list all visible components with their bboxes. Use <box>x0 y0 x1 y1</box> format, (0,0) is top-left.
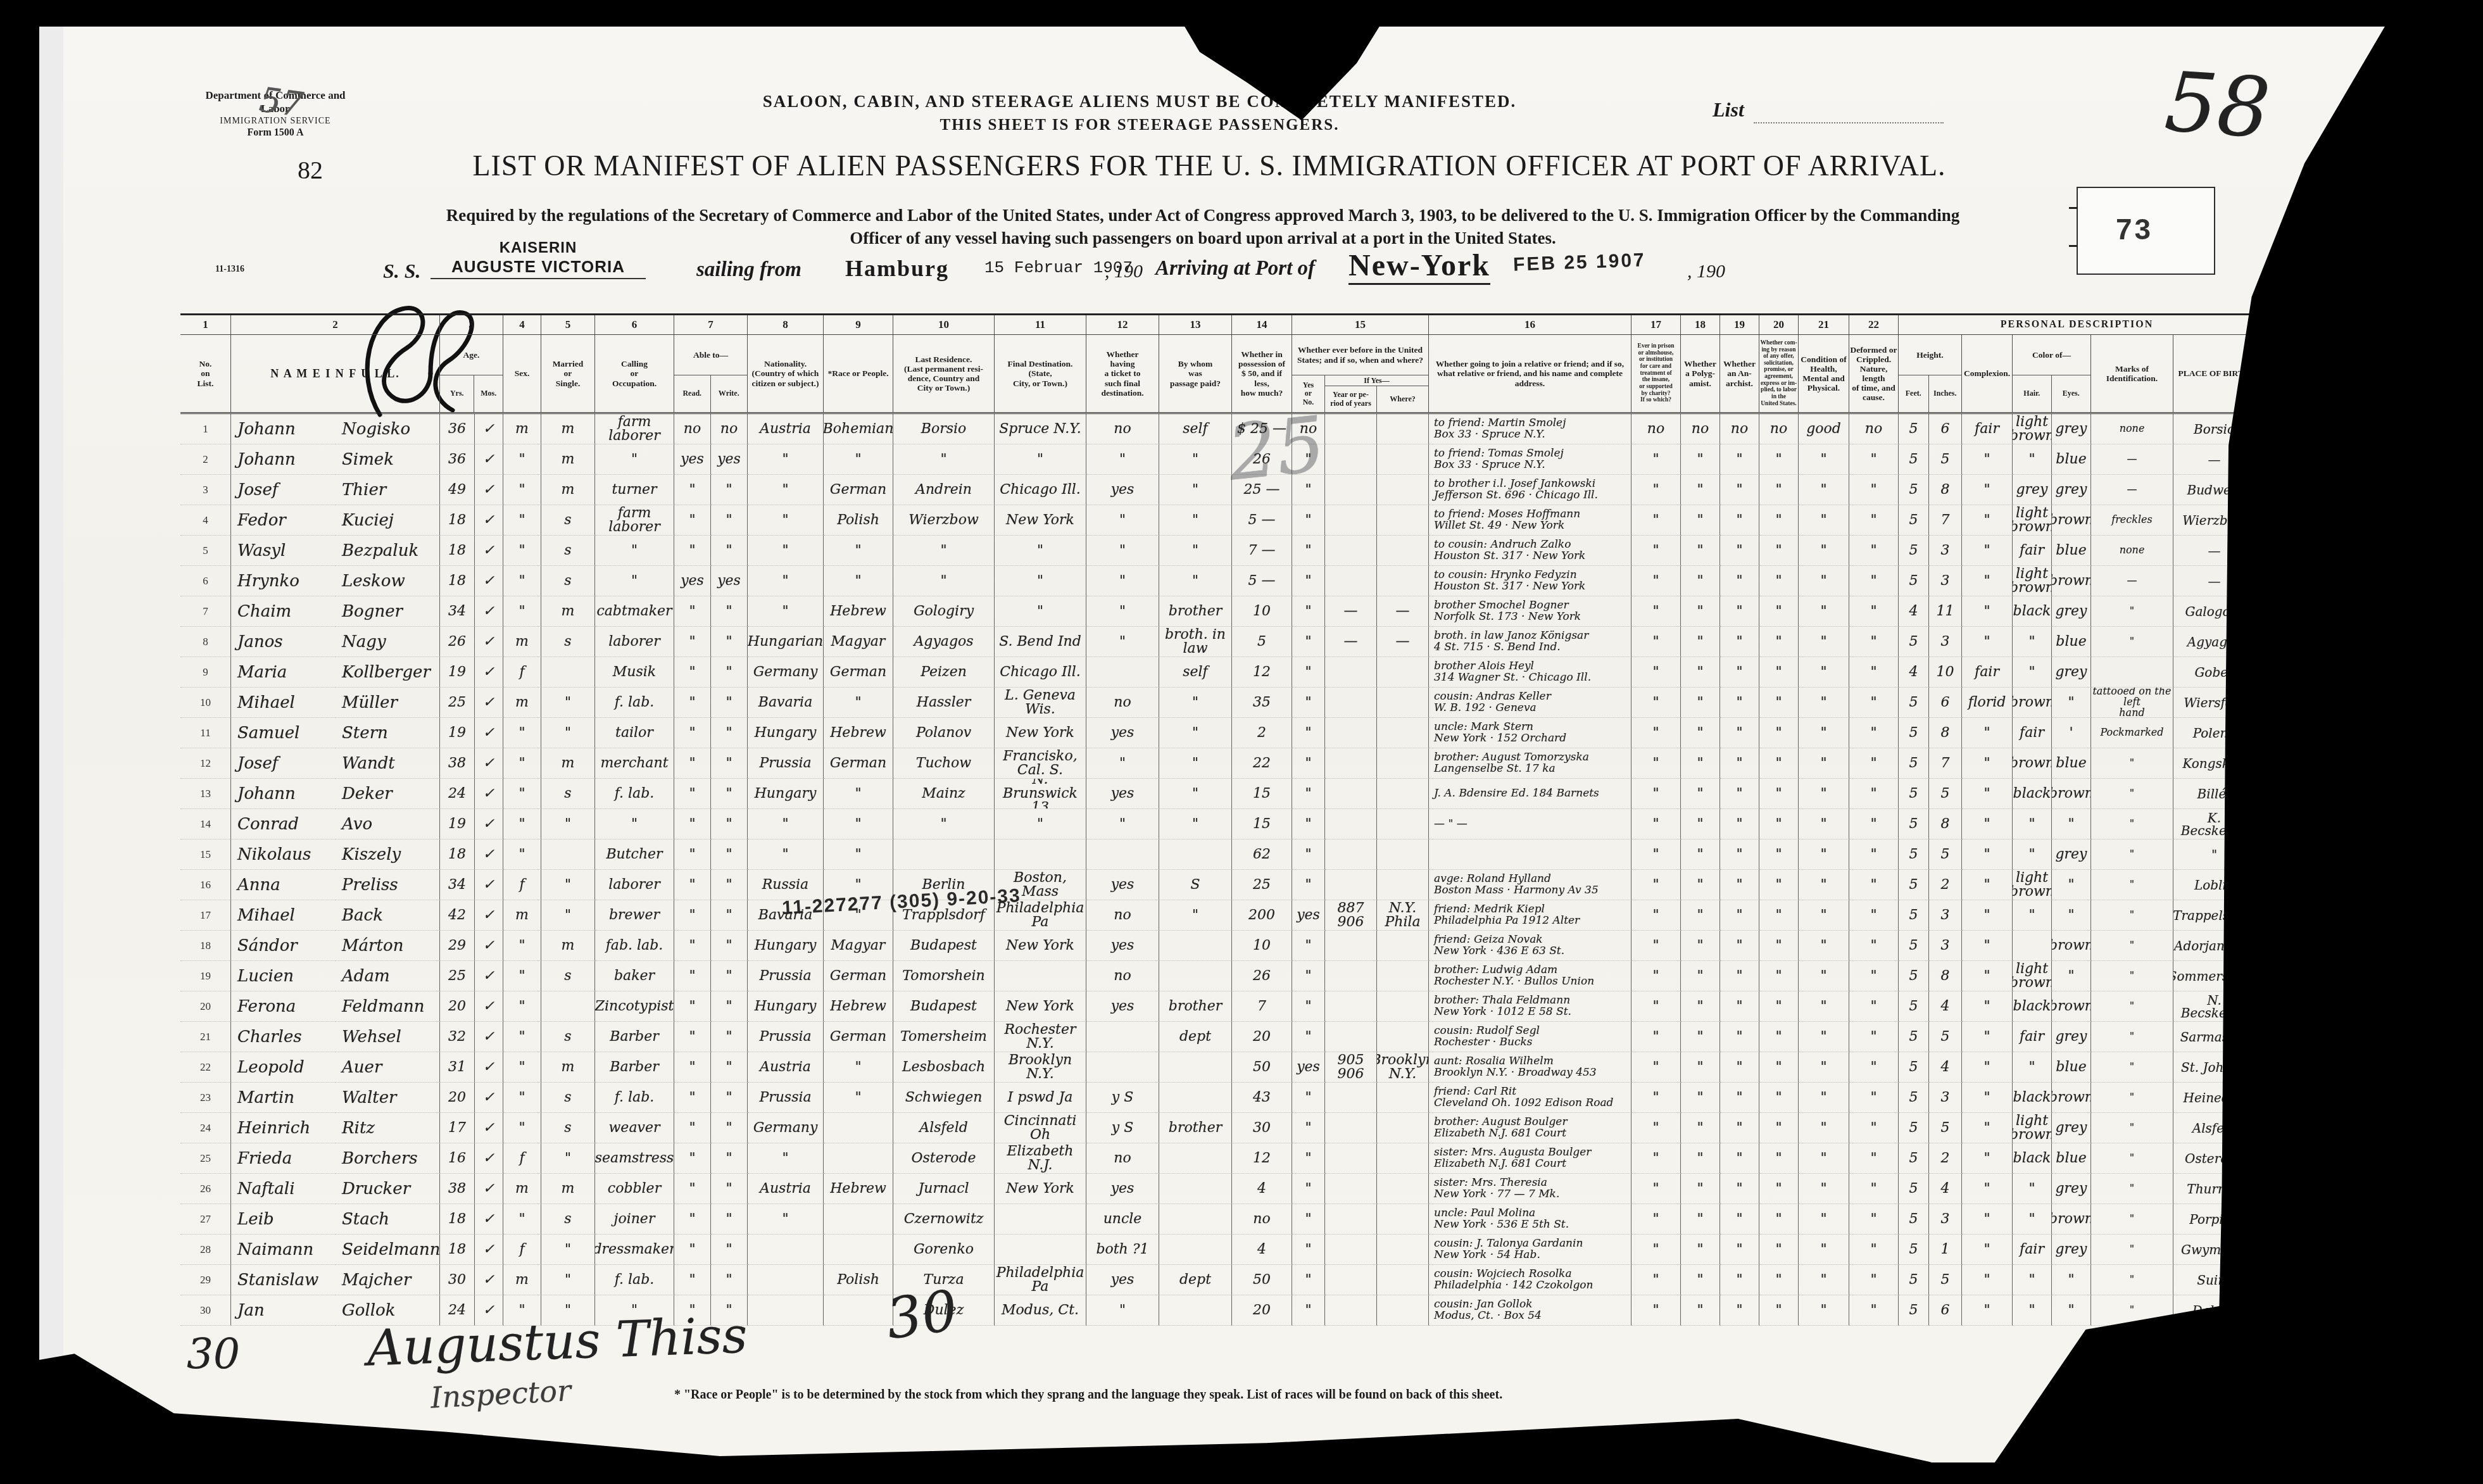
cell-r10-c29: 6 <box>1929 688 1962 718</box>
cell-r8-c5: ✓ <box>475 627 503 657</box>
cell-r3-c11: " <box>748 475 824 505</box>
cell-r16-c29: 2 <box>1929 870 1962 900</box>
cell-r25-c7: " <box>541 1143 595 1174</box>
manifest-document: Department of Commerce and Labor IMMIGRA… <box>63 25 2406 1462</box>
cell-r23-c7: s <box>541 1083 595 1113</box>
cell-r15-c7 <box>541 839 595 870</box>
cell-r3-c7: m <box>541 475 595 505</box>
cell-r18-c20 <box>1377 931 1429 961</box>
cell-r5-c27: " <box>1849 536 1899 566</box>
cell-r8-c32: blue <box>2052 627 2091 657</box>
cell-r5-c2: Wasyl <box>231 536 336 566</box>
manifest-scan: Department of Commerce and Labor IMMIGRA… <box>0 0 2483 1484</box>
column-number-1: 1 <box>180 315 231 334</box>
cell-r9-c6: f <box>503 657 541 688</box>
cell-r23-c29: 3 <box>1929 1083 1962 1113</box>
cell-r15-c8: Butcher <box>595 839 674 870</box>
cell-r25-c19 <box>1325 1143 1377 1174</box>
cell-r23-c26: " <box>1799 1083 1849 1113</box>
cell-r17-c28: 5 <box>1899 900 1929 931</box>
cell-r14-c27: " <box>1849 809 1899 839</box>
cell-r8-c23: " <box>1681 627 1720 657</box>
cell-r18-c18: " <box>1292 931 1325 961</box>
cell-r13-c17: 15 <box>1232 779 1292 809</box>
cell-r14-c24: " <box>1720 809 1759 839</box>
cell-r6-c14: " <box>995 566 1086 596</box>
cell-r1-c26: good <box>1799 414 1849 444</box>
cell-r18-c28: 5 <box>1899 931 1929 961</box>
cell-r15-c33: " <box>2091 839 2173 870</box>
cell-r26-c6: m <box>503 1174 541 1204</box>
cell-r19-c16 <box>1159 961 1232 991</box>
cell-r3-c32: grey <box>2052 475 2091 505</box>
cell-r19-c17: 26 <box>1232 961 1292 991</box>
cell-r15-c6: " <box>503 839 541 870</box>
cell-r6-c23: " <box>1681 566 1720 596</box>
cell-r1-c15: no <box>1086 414 1159 444</box>
cell-r21-c1: 21 <box>180 1022 231 1052</box>
cell-r2-c9: yes <box>674 444 711 475</box>
cell-r21-c30: " <box>1962 1022 2013 1052</box>
cell-r26-c3: Drucker <box>336 1174 440 1204</box>
cell-r25-c12 <box>824 1143 893 1174</box>
cell-r23-c17: 43 <box>1232 1083 1292 1113</box>
cell-r4-c22: " <box>1631 505 1681 536</box>
cell-r29-c20 <box>1377 1265 1429 1295</box>
cell-r29-c28: 5 <box>1899 1265 1929 1295</box>
cell-r20-c29: 4 <box>1929 991 1962 1022</box>
cell-r1-c1: 1 <box>180 414 231 444</box>
cell-r29-c1: 29 <box>180 1265 231 1295</box>
cell-r22-c32: blue <box>2052 1052 2091 1083</box>
cell-r8-c27: " <box>1849 627 1899 657</box>
table-row: 5WasylBezpaluk18✓"s"""""""""7 —"to cousi… <box>180 536 2284 566</box>
cell-r28-c14 <box>995 1235 1086 1265</box>
cell-r10-c28: 5 <box>1899 688 1929 718</box>
cell-r19-c29: 8 <box>1929 961 1962 991</box>
cell-r15-c16 <box>1159 839 1232 870</box>
cell-r5-c25: " <box>1759 536 1799 566</box>
cell-r5-c15: " <box>1086 536 1159 566</box>
cell-r23-c2: Martin <box>231 1083 336 1113</box>
cell-r21-c24: " <box>1720 1022 1759 1052</box>
cell-r6-c13: " <box>893 566 995 596</box>
cell-r26-c2: Naftali <box>231 1174 336 1204</box>
cell-r22-c18: yes <box>1292 1052 1325 1083</box>
cell-r21-c13: Tomersheim <box>893 1022 995 1052</box>
cell-r21-c29: 5 <box>1929 1022 1962 1052</box>
cell-r9-c3: Kollberger <box>336 657 440 688</box>
cell-r9-c29: 10 <box>1929 657 1962 688</box>
cell-r20-c5: ✓ <box>475 991 503 1022</box>
cell-r10-c11: Bavaria <box>748 688 824 718</box>
column-number-10: 10 <box>893 315 995 334</box>
cell-r23-c27: " <box>1849 1083 1899 1113</box>
cell-r21-c4: 32 <box>440 1022 475 1052</box>
cell-r27-c32: brown <box>2052 1204 2091 1235</box>
cell-r1-c18: no <box>1292 414 1325 444</box>
cell-r20-c28: 5 <box>1899 991 1929 1022</box>
column-header-22: Deformed or Crippled. Nature, length of … <box>1849 335 1899 412</box>
cell-r19-c24: " <box>1720 961 1759 991</box>
cell-r28-c18: " <box>1292 1235 1325 1265</box>
cell-r27-c2: Leib <box>231 1204 336 1235</box>
cell-r6-c31: light brown <box>2013 566 2052 596</box>
cell-r6-c25: " <box>1759 566 1799 596</box>
cell-r22-c12: " <box>824 1052 893 1083</box>
cell-r7-c29: 11 <box>1929 596 1962 627</box>
cell-r19-c10: " <box>711 961 748 991</box>
cell-r1-c19 <box>1325 414 1377 444</box>
cell-r27-c23: " <box>1681 1204 1720 1235</box>
cell-r5-c4: 18 <box>440 536 475 566</box>
cell-r9-c10: " <box>711 657 748 688</box>
cell-r9-c27: " <box>1849 657 1899 688</box>
cell-r16-c12: " <box>824 870 893 900</box>
cell-r11-c32: ' <box>2052 718 2091 748</box>
cell-r10-c17: 35 <box>1232 688 1292 718</box>
cell-r28-c30: " <box>1962 1235 2013 1265</box>
cell-r3-c22: " <box>1631 475 1681 505</box>
cell-r19-c13: Tomorshein <box>893 961 995 991</box>
cell-r4-c13: Wierzbow <box>893 505 995 536</box>
cell-r29-c15: yes <box>1086 1265 1159 1295</box>
cell-r6-c5: ✓ <box>475 566 503 596</box>
cell-r6-c30: " <box>1962 566 2013 596</box>
cell-r25-c30: " <box>1962 1143 2013 1174</box>
arriving-label: Arriving at Port of <box>1155 257 1315 280</box>
cell-r16-c32: " <box>2052 870 2091 900</box>
cell-r28-c22: " <box>1631 1235 1681 1265</box>
cell-r10-c22: " <box>1631 688 1681 718</box>
cell-r26-c20 <box>1377 1174 1429 1204</box>
cell-r23-c18: " <box>1292 1083 1325 1113</box>
cell-r20-c22: " <box>1631 991 1681 1022</box>
cell-r11-c7: " <box>541 718 595 748</box>
cell-r18-c21: friend: Geiza Novak New York · 436 E 63 … <box>1429 931 1631 961</box>
cell-r4-c21: to friend: Moses Hoffmann Willet St. 49 … <box>1429 505 1631 536</box>
cell-r22-c2: Leopold <box>231 1052 336 1083</box>
cell-r11-c4: 19 <box>440 718 475 748</box>
cell-r7-c21: brother Smochel Bogner Norfolk St. 173 ·… <box>1429 596 1631 627</box>
cell-r11-c28: 5 <box>1899 718 1929 748</box>
column-number-18: 18 <box>1681 315 1720 334</box>
cell-r13-c33: " <box>2091 779 2173 809</box>
cell-r23-c28: 5 <box>1899 1083 1929 1113</box>
cell-r23-c21: friend: Carl Rit Cleveland Oh. 1092 Edis… <box>1429 1083 1631 1113</box>
cell-r16-c19 <box>1325 870 1377 900</box>
cell-r9-c20 <box>1377 657 1429 688</box>
cell-r4-c18: " <box>1292 505 1325 536</box>
cell-r15-c21 <box>1429 839 1631 870</box>
cell-r17-c1: 17 <box>180 900 231 931</box>
cell-r27-c24: " <box>1720 1204 1759 1235</box>
cell-r11-c21: uncle: Mark Stern New York · 152 Orchard <box>1429 718 1631 748</box>
cell-r18-c19 <box>1325 931 1377 961</box>
cell-r5-c14: " <box>995 536 1086 566</box>
cell-r7-c17: 10 <box>1232 596 1292 627</box>
cell-r18-c15: yes <box>1086 931 1159 961</box>
cell-r23-c25: " <box>1759 1083 1799 1113</box>
cell-r26-c32: grey <box>2052 1174 2091 1204</box>
cell-r11-c26: " <box>1799 718 1849 748</box>
cell-r8-c4: 26 <box>440 627 475 657</box>
cell-r18-c4: 29 <box>440 931 475 961</box>
cell-r10-c31: brown <box>2013 688 2052 718</box>
cell-r2-c13: " <box>893 444 995 475</box>
cell-r14-c15: " <box>1086 809 1159 839</box>
cell-r29-c25: " <box>1759 1265 1799 1295</box>
cell-r13-c19 <box>1325 779 1377 809</box>
cell-r13-c7: s <box>541 779 595 809</box>
cell-r26-c9: " <box>674 1174 711 1204</box>
cell-r29-c33: " <box>2091 1265 2173 1295</box>
cell-r15-c19 <box>1325 839 1377 870</box>
cell-r24-c26: " <box>1799 1113 1849 1143</box>
cell-r4-c30: " <box>1962 505 2013 536</box>
cell-r23-c8: f. lab. <box>595 1083 674 1113</box>
cell-r29-c4: 30 <box>440 1265 475 1295</box>
cell-r15-c1: 15 <box>180 839 231 870</box>
cell-r27-c28: 5 <box>1899 1204 1929 1235</box>
cell-r9-c15 <box>1086 657 1159 688</box>
cell-r15-c14 <box>995 839 1086 870</box>
cell-r14-c23: " <box>1681 809 1720 839</box>
cell-r20-c9: " <box>674 991 711 1022</box>
cell-r27-c21: uncle: Paul Molina New York · 536 E 5th … <box>1429 1204 1631 1235</box>
cell-r22-c8: Barber <box>595 1052 674 1083</box>
cell-r30-c22: " <box>1631 1295 1681 1326</box>
cell-r6-c24: " <box>1720 566 1759 596</box>
cell-r30-c18: " <box>1292 1295 1325 1326</box>
cell-r30-c28: 5 <box>1899 1295 1929 1326</box>
cell-r5-c9: " <box>674 536 711 566</box>
cell-r18-c14: New York <box>995 931 1086 961</box>
cell-r26-c11: Austria <box>748 1174 824 1204</box>
cell-r14-c5: ✓ <box>475 809 503 839</box>
cell-r23-c3: Walter <box>336 1083 440 1113</box>
cell-r26-c26: " <box>1799 1174 1849 1204</box>
cell-r1-c5: ✓ <box>475 414 503 444</box>
sheet-stamp-number: 73 <box>2116 212 2153 246</box>
cell-r20-c25: " <box>1759 991 1799 1022</box>
cell-r26-c5: ✓ <box>475 1174 503 1204</box>
cell-r14-c32: " <box>2052 809 2091 839</box>
column-header-15: Whether ever before in the United States… <box>1292 335 1429 412</box>
cell-r3-c26: " <box>1799 475 1849 505</box>
column-header-9: *Race or People. <box>824 335 893 412</box>
cell-r22-c33: " <box>2091 1052 2173 1083</box>
cell-r15-c11: " <box>748 839 824 870</box>
cell-r17-c24: " <box>1720 900 1759 931</box>
cell-r21-c14: Rochester N.Y. <box>995 1022 1086 1052</box>
column-header-6: Calling or Occupation. <box>595 335 674 412</box>
cell-r7-c23: " <box>1681 596 1720 627</box>
cell-r12-c25: " <box>1759 748 1799 779</box>
cell-r3-c27: " <box>1849 475 1899 505</box>
cell-r20-c31: black <box>2013 991 2052 1022</box>
column-header-pd24: Color of—Hair.Eyes. <box>2013 335 2091 412</box>
cell-r2-c30: " <box>1962 444 2013 475</box>
cell-r29-c29: 5 <box>1929 1265 1962 1295</box>
cell-r29-c26: " <box>1799 1265 1849 1295</box>
cell-r4-c7: s <box>541 505 595 536</box>
cell-r5-c33: none <box>2091 536 2173 566</box>
cell-r30-c12 <box>824 1295 893 1326</box>
cell-r23-c11: Prussia <box>748 1083 824 1113</box>
cell-r8-c24: " <box>1720 627 1759 657</box>
cell-r6-c21: to cousin: Hrynko Fedyzin Houston St. 31… <box>1429 566 1631 596</box>
cell-r22-c26: " <box>1799 1052 1849 1083</box>
cell-r12-c6: " <box>503 748 541 779</box>
cell-r27-c17: no <box>1232 1204 1292 1235</box>
cell-r15-c15 <box>1086 839 1159 870</box>
cell-r3-c12: German <box>824 475 893 505</box>
cell-r10-c14: L. Geneva Wis. <box>995 688 1086 718</box>
cell-r3-c16: " <box>1159 475 1232 505</box>
cell-r16-c14: Boston, Mass <box>995 870 1086 900</box>
cell-r10-c7: " <box>541 688 595 718</box>
cell-r20-c7 <box>541 991 595 1022</box>
cell-r15-c25: " <box>1759 839 1799 870</box>
cell-r10-c24: " <box>1720 688 1759 718</box>
cell-r6-c29: 3 <box>1929 566 1962 596</box>
cell-r6-c20 <box>1377 566 1429 596</box>
cell-r12-c16: " <box>1159 748 1232 779</box>
cell-r19-c32: " <box>2052 961 2091 991</box>
cell-r25-c10: " <box>711 1143 748 1174</box>
cell-r3-c17: 25 — <box>1232 475 1292 505</box>
cell-r29-c32: " <box>2052 1265 2091 1295</box>
cell-r22-c9: " <box>674 1052 711 1083</box>
cell-r12-c8: merchant <box>595 748 674 779</box>
cell-r6-c28: 5 <box>1899 566 1929 596</box>
cell-r23-c12: " <box>824 1083 893 1113</box>
cell-r5-c3: Bezpaluk <box>336 536 440 566</box>
cell-r9-c30: fair <box>1962 657 2013 688</box>
column-number-21: 21 <box>1799 315 1849 334</box>
cell-r18-c9: " <box>674 931 711 961</box>
cell-r14-c19 <box>1325 809 1377 839</box>
cell-r23-c9: " <box>674 1083 711 1113</box>
cell-r3-c21: to brother i.l. Josef Jankowski Jefferso… <box>1429 475 1631 505</box>
cell-r27-c11: " <box>748 1204 824 1235</box>
cell-r10-c25: " <box>1759 688 1799 718</box>
cell-r5-c29: 3 <box>1929 536 1962 566</box>
cell-r11-c25: " <box>1759 718 1799 748</box>
cell-r25-c1: 25 <box>180 1143 231 1174</box>
cell-r14-c26: " <box>1799 809 1849 839</box>
cell-r14-c2: Conrad <box>231 809 336 839</box>
cell-r20-c20 <box>1377 991 1429 1022</box>
cell-r25-c31: black <box>2013 1143 2052 1174</box>
cell-r6-c32: brown <box>2052 566 2091 596</box>
form-small-number: 11-1316 <box>215 265 244 275</box>
cell-r16-c27: " <box>1849 870 1899 900</box>
cell-r22-c19: 905 906 <box>1325 1052 1377 1083</box>
cell-r20-c6: " <box>503 991 541 1022</box>
cell-r11-c13: Polanov <box>893 718 995 748</box>
cell-r4-c27: " <box>1849 505 1899 536</box>
cell-r23-c16 <box>1159 1083 1232 1113</box>
table-row: 3JosefThier49✓"mturner"""GermanAndreinCh… <box>180 475 2284 505</box>
blank-190-b: , 190 <box>1687 261 1725 282</box>
cell-r1-c30: fair <box>1962 414 2013 444</box>
cell-r23-c20 <box>1377 1083 1429 1113</box>
cell-r27-c6: " <box>503 1204 541 1235</box>
cell-r18-c24: " <box>1720 931 1759 961</box>
cell-r17-c21: friend: Medrik Kiepl Philadelphia Pa 191… <box>1429 900 1631 931</box>
cell-r21-c27: " <box>1849 1022 1899 1052</box>
cell-r5-c23: " <box>1681 536 1720 566</box>
cell-r28-c2: Naimann <box>231 1235 336 1265</box>
cell-r5-c6: " <box>503 536 541 566</box>
cell-r3-c29: 8 <box>1929 475 1962 505</box>
column-header-14: Whether in possession of $ 50, and if le… <box>1232 335 1292 412</box>
cell-r2-c22: " <box>1631 444 1681 475</box>
cell-r25-c32: blue <box>2052 1143 2091 1174</box>
cell-r23-c4: 20 <box>440 1083 475 1113</box>
cell-r11-c14: New York <box>995 718 1086 748</box>
cell-r21-c10: " <box>711 1022 748 1052</box>
cell-r13-c24: " <box>1720 779 1759 809</box>
cell-r18-c5: ✓ <box>475 931 503 961</box>
cell-r15-c26: " <box>1799 839 1849 870</box>
cell-r1-c13: Borsio <box>893 414 995 444</box>
cell-r4-c23: " <box>1681 505 1720 536</box>
cell-r26-c15: yes <box>1086 1174 1159 1204</box>
cell-r18-c10: " <box>711 931 748 961</box>
cell-r25-c22: " <box>1631 1143 1681 1174</box>
cell-r8-c22: " <box>1631 627 1681 657</box>
cell-r7-c1: 7 <box>180 596 231 627</box>
cell-r17-c17: 200 <box>1232 900 1292 931</box>
cell-r3-c24: " <box>1720 475 1759 505</box>
cell-r21-c23: " <box>1681 1022 1720 1052</box>
cell-r20-c21: brother: Thala Feldmann New York · 1012 … <box>1429 991 1631 1022</box>
cell-r20-c10: " <box>711 991 748 1022</box>
column-header-18: Whether a Polyg- amist. <box>1681 335 1720 412</box>
cell-r8-c31: " <box>2013 627 2052 657</box>
cell-r26-c1: 26 <box>180 1174 231 1204</box>
cell-r23-c5: ✓ <box>475 1083 503 1113</box>
cell-r27-c14 <box>995 1204 1086 1235</box>
cell-r16-c10: " <box>711 870 748 900</box>
cell-r6-c8: " <box>595 566 674 596</box>
cell-r17-c29: 3 <box>1929 900 1962 931</box>
cell-r27-c15: uncle <box>1086 1204 1159 1235</box>
cell-r6-c10: yes <box>711 566 748 596</box>
cell-r24-c4: 17 <box>440 1113 475 1143</box>
cell-r9-c14: Chicago Ill. <box>995 657 1086 688</box>
cell-r22-c14: Brooklyn N.Y. <box>995 1052 1086 1083</box>
cell-r14-c13: " <box>893 809 995 839</box>
cell-r18-c12: Magyar <box>824 931 893 961</box>
cell-r29-c11 <box>748 1265 824 1295</box>
cell-r19-c26: " <box>1799 961 1849 991</box>
cell-r10-c12: " <box>824 688 893 718</box>
cell-r3-c30: " <box>1962 475 2013 505</box>
cell-r27-c27: " <box>1849 1204 1899 1235</box>
cell-r17-c4: 42 <box>440 900 475 931</box>
table-row: 19LucienAdam25✓"sbaker""PrussiaGermanTom… <box>180 961 2284 991</box>
cell-r16-c20 <box>1377 870 1429 900</box>
cell-r20-c27: " <box>1849 991 1899 1022</box>
cell-r11-c2: Samuel <box>231 718 336 748</box>
cell-r4-c9: " <box>674 505 711 536</box>
cell-r9-c18: " <box>1292 657 1325 688</box>
cell-r2-c4: 36 <box>440 444 475 475</box>
